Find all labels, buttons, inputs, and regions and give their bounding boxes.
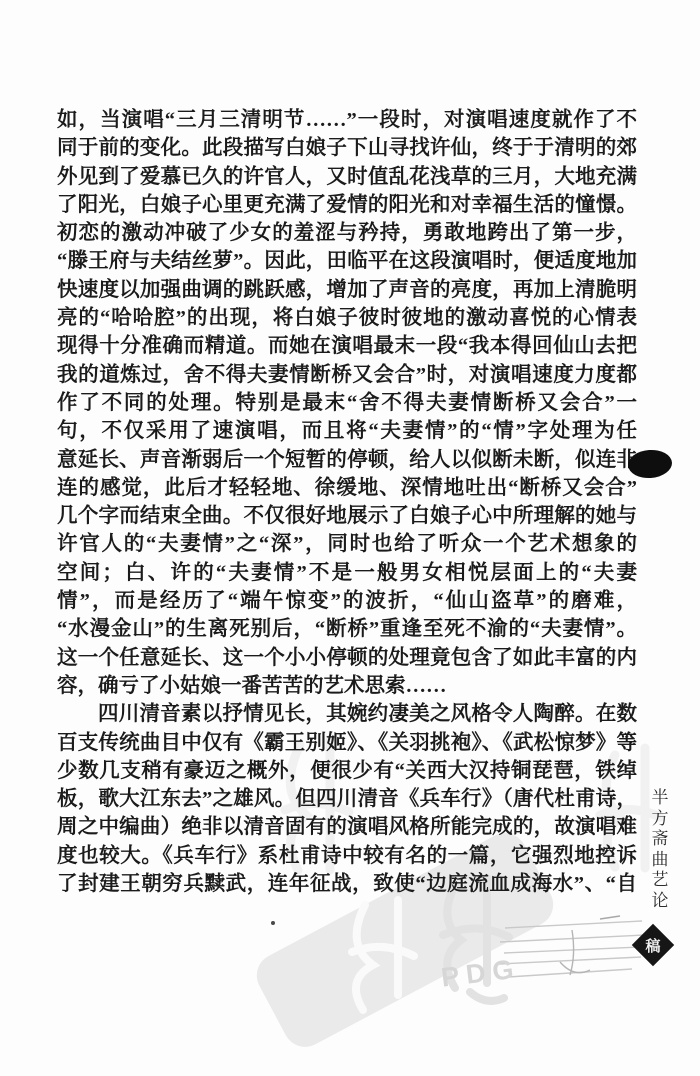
margin-title-char: 论 <box>644 891 676 912</box>
text-line: 作了不同的处理。特别是最末“舍不得夫妻情断桥又会合”一 <box>57 389 637 417</box>
text-line: 板，歌大江东去”之雄风。但四川清音《兵车行》（唐代杜甫诗， <box>57 785 637 813</box>
margin-title-char: 斋 <box>644 829 676 850</box>
text-line: 初恋的激动冲破了少女的羞涩与矜持，勇敢地跨出了第一步， <box>57 219 637 247</box>
margin-title-char: 艺 <box>644 870 676 891</box>
title-seal: 稿 <box>632 924 674 966</box>
text-line: 百支传统曲目中仅有《霸王别姬》、《关羽挑袍》、《武松惊梦》等 <box>57 729 637 757</box>
text-line: 度也较大。《兵车行》系杜甫诗中较有名的一篇，它强烈地控诉 <box>57 842 637 870</box>
text-line: 四川清音素以抒情见长，其婉约凄美之风格令人陶醉。在数 <box>57 700 637 728</box>
text-line: 容，确亏了小姑娘一番苦苦的艺术思索…… <box>57 672 637 700</box>
speck-artifact <box>271 921 275 925</box>
text-line: 这一个任意延长、这一个小小停顿的处理竟包含了如此丰富的内 <box>57 644 637 672</box>
margin-title-char: 方 <box>644 809 676 830</box>
body-text: 如，当演唱“三月三清明节……”一段时，对演唱速度就作了不同于前的变化。此段描写白… <box>57 106 637 898</box>
text-line: 空间；白、许的“夫妻情”不是一般男女相悦层面上的“夫妻 <box>57 559 637 587</box>
title-seal-character: 稿 <box>638 930 668 960</box>
text-line: 快速度以加强曲调的跳跃感，增加了声音的亮度，再加上清脆明 <box>57 276 637 304</box>
text-line: “水漫金山”的生离死别后，“断桥”重逢至死不渝的“夫妻情”。 <box>57 615 637 643</box>
margin-title-char: 半 <box>644 788 676 809</box>
text-line: 现得十分准确而精道。而她在演唱最末一段“我本得回仙山去把 <box>57 332 637 360</box>
text-line: 亮的“哈哈腔”的出现，将白娘子彼时彼地的激动喜悦的心情表 <box>57 304 637 332</box>
margin-title-char: 曲 <box>644 850 676 871</box>
text-line: 几个字而结束全曲。不仅很好地展示了白娘子心中所理解的她与 <box>57 502 637 530</box>
text-line: 同于前的变化。此段描写白娘子下山寻找许仙，终于于清明的郊 <box>57 134 637 162</box>
text-line: 意延长、声音渐弱后一个短暂的停顿，给人以似断未断，似连非 <box>57 446 637 474</box>
text-line: 周之中编曲）绝非以清音固有的演唱风格所能完成的，故演唱难 <box>57 813 637 841</box>
text-line: 许官人的“夫妻情”之“深”，同时也给了听众一个艺术想象的 <box>57 530 637 558</box>
text-line: 我的道炼过，舍不得夫妻情断桥又会合”时，对演唱速度力度都 <box>57 361 637 389</box>
text-line: 外见到了爱慕已久的许官人，又时值乱花浅草的三月，大地充满 <box>57 163 637 191</box>
margin-title-vertical: 半方斋曲艺论 <box>644 788 676 912</box>
text-line: 如，当演唱“三月三清明节……”一段时，对演唱速度就作了不 <box>57 106 637 134</box>
text-line: 了阳光，白娘子心里更充满了爱情的阳光和对幸福生活的憧憬。 <box>57 191 637 219</box>
text-line: 情”，而是经历了“端午惊变”的波折，“仙山盗草”的磨难， <box>57 587 637 615</box>
scanned-book-page: PDG 如，当演唱“三月三清明节……”一段时，对演唱速度就作了不同于前的变化。此… <box>0 0 700 1076</box>
text-line: “滕王府与夫结丝萝”。因此，田临平在这段演唱时，便适度地加 <box>57 247 637 275</box>
text-line: 少数几支稍有豪迈之概外，便很少有“关西大汉持铜琵琶，铁绰 <box>57 757 637 785</box>
text-line: 句，不仅采用了速演唱，而且将“夫妻情”的“情”字处理为任 <box>57 417 637 445</box>
text-line: 连的感觉，此后才轻轻地、徐缓地、深情地吐出“断桥又会合” <box>57 474 637 502</box>
text-line: 了封建王朝穷兵黩武，连年征战，致使“边庭流血成海水”、“自 <box>57 870 637 898</box>
